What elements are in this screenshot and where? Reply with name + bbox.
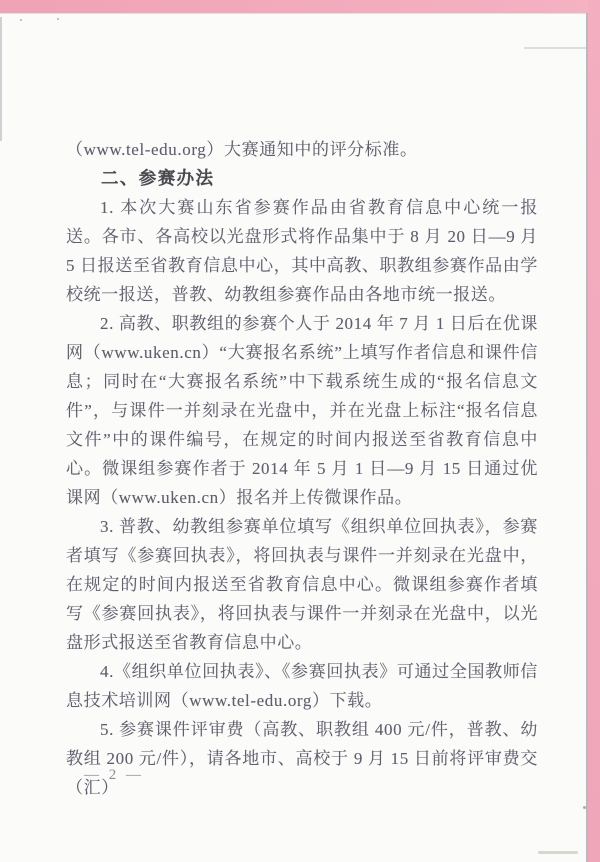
paragraph-item-3: 3. 普教、幼教组参赛单位填写《组织单位回执表》，参赛者填写《参赛回执表》，将回…	[66, 512, 538, 657]
scan-speck	[57, 18, 59, 20]
scan-speck	[20, 19, 22, 21]
paragraph-item-1: 1. 本次大赛山东省参赛作品由省教育信息中心统一报送。各市、各高校以光盘形式将作…	[66, 193, 538, 309]
scan-artifact-left-line	[0, 17, 2, 141]
document-content: （www.tel-edu.org）大赛通知中的评分标准。 二、参赛办法 1. 本…	[66, 135, 538, 802]
scan-artifact-topright-line	[524, 47, 586, 49]
section-heading: 二、参赛办法	[66, 164, 538, 193]
scan-artifact-bottom-smudge	[538, 851, 578, 854]
paragraph-item-5: 5. 参赛课件评审费（高教、职教组 400 元/件，普教、幼教组 200 元/件…	[66, 715, 538, 802]
page-number: — 2 —	[84, 767, 144, 784]
scan-speck	[583, 806, 586, 809]
paragraph-item-4: 4.《组织单位回执表》、《参赛回执表》可通过全国教师信息技术培训网（www.te…	[66, 657, 538, 715]
scan-edge-top	[0, 0, 600, 13]
paragraph-item-2: 2. 高教、职教组的参赛个人于 2014 年 7 月 1 日后在优课网（www.…	[66, 309, 538, 512]
paragraph-continuation: （www.tel-edu.org）大赛通知中的评分标准。	[66, 135, 538, 164]
document-page: （www.tel-edu.org）大赛通知中的评分标准。 二、参赛办法 1. 本…	[0, 13, 588, 862]
scan-edge-right	[588, 0, 600, 862]
